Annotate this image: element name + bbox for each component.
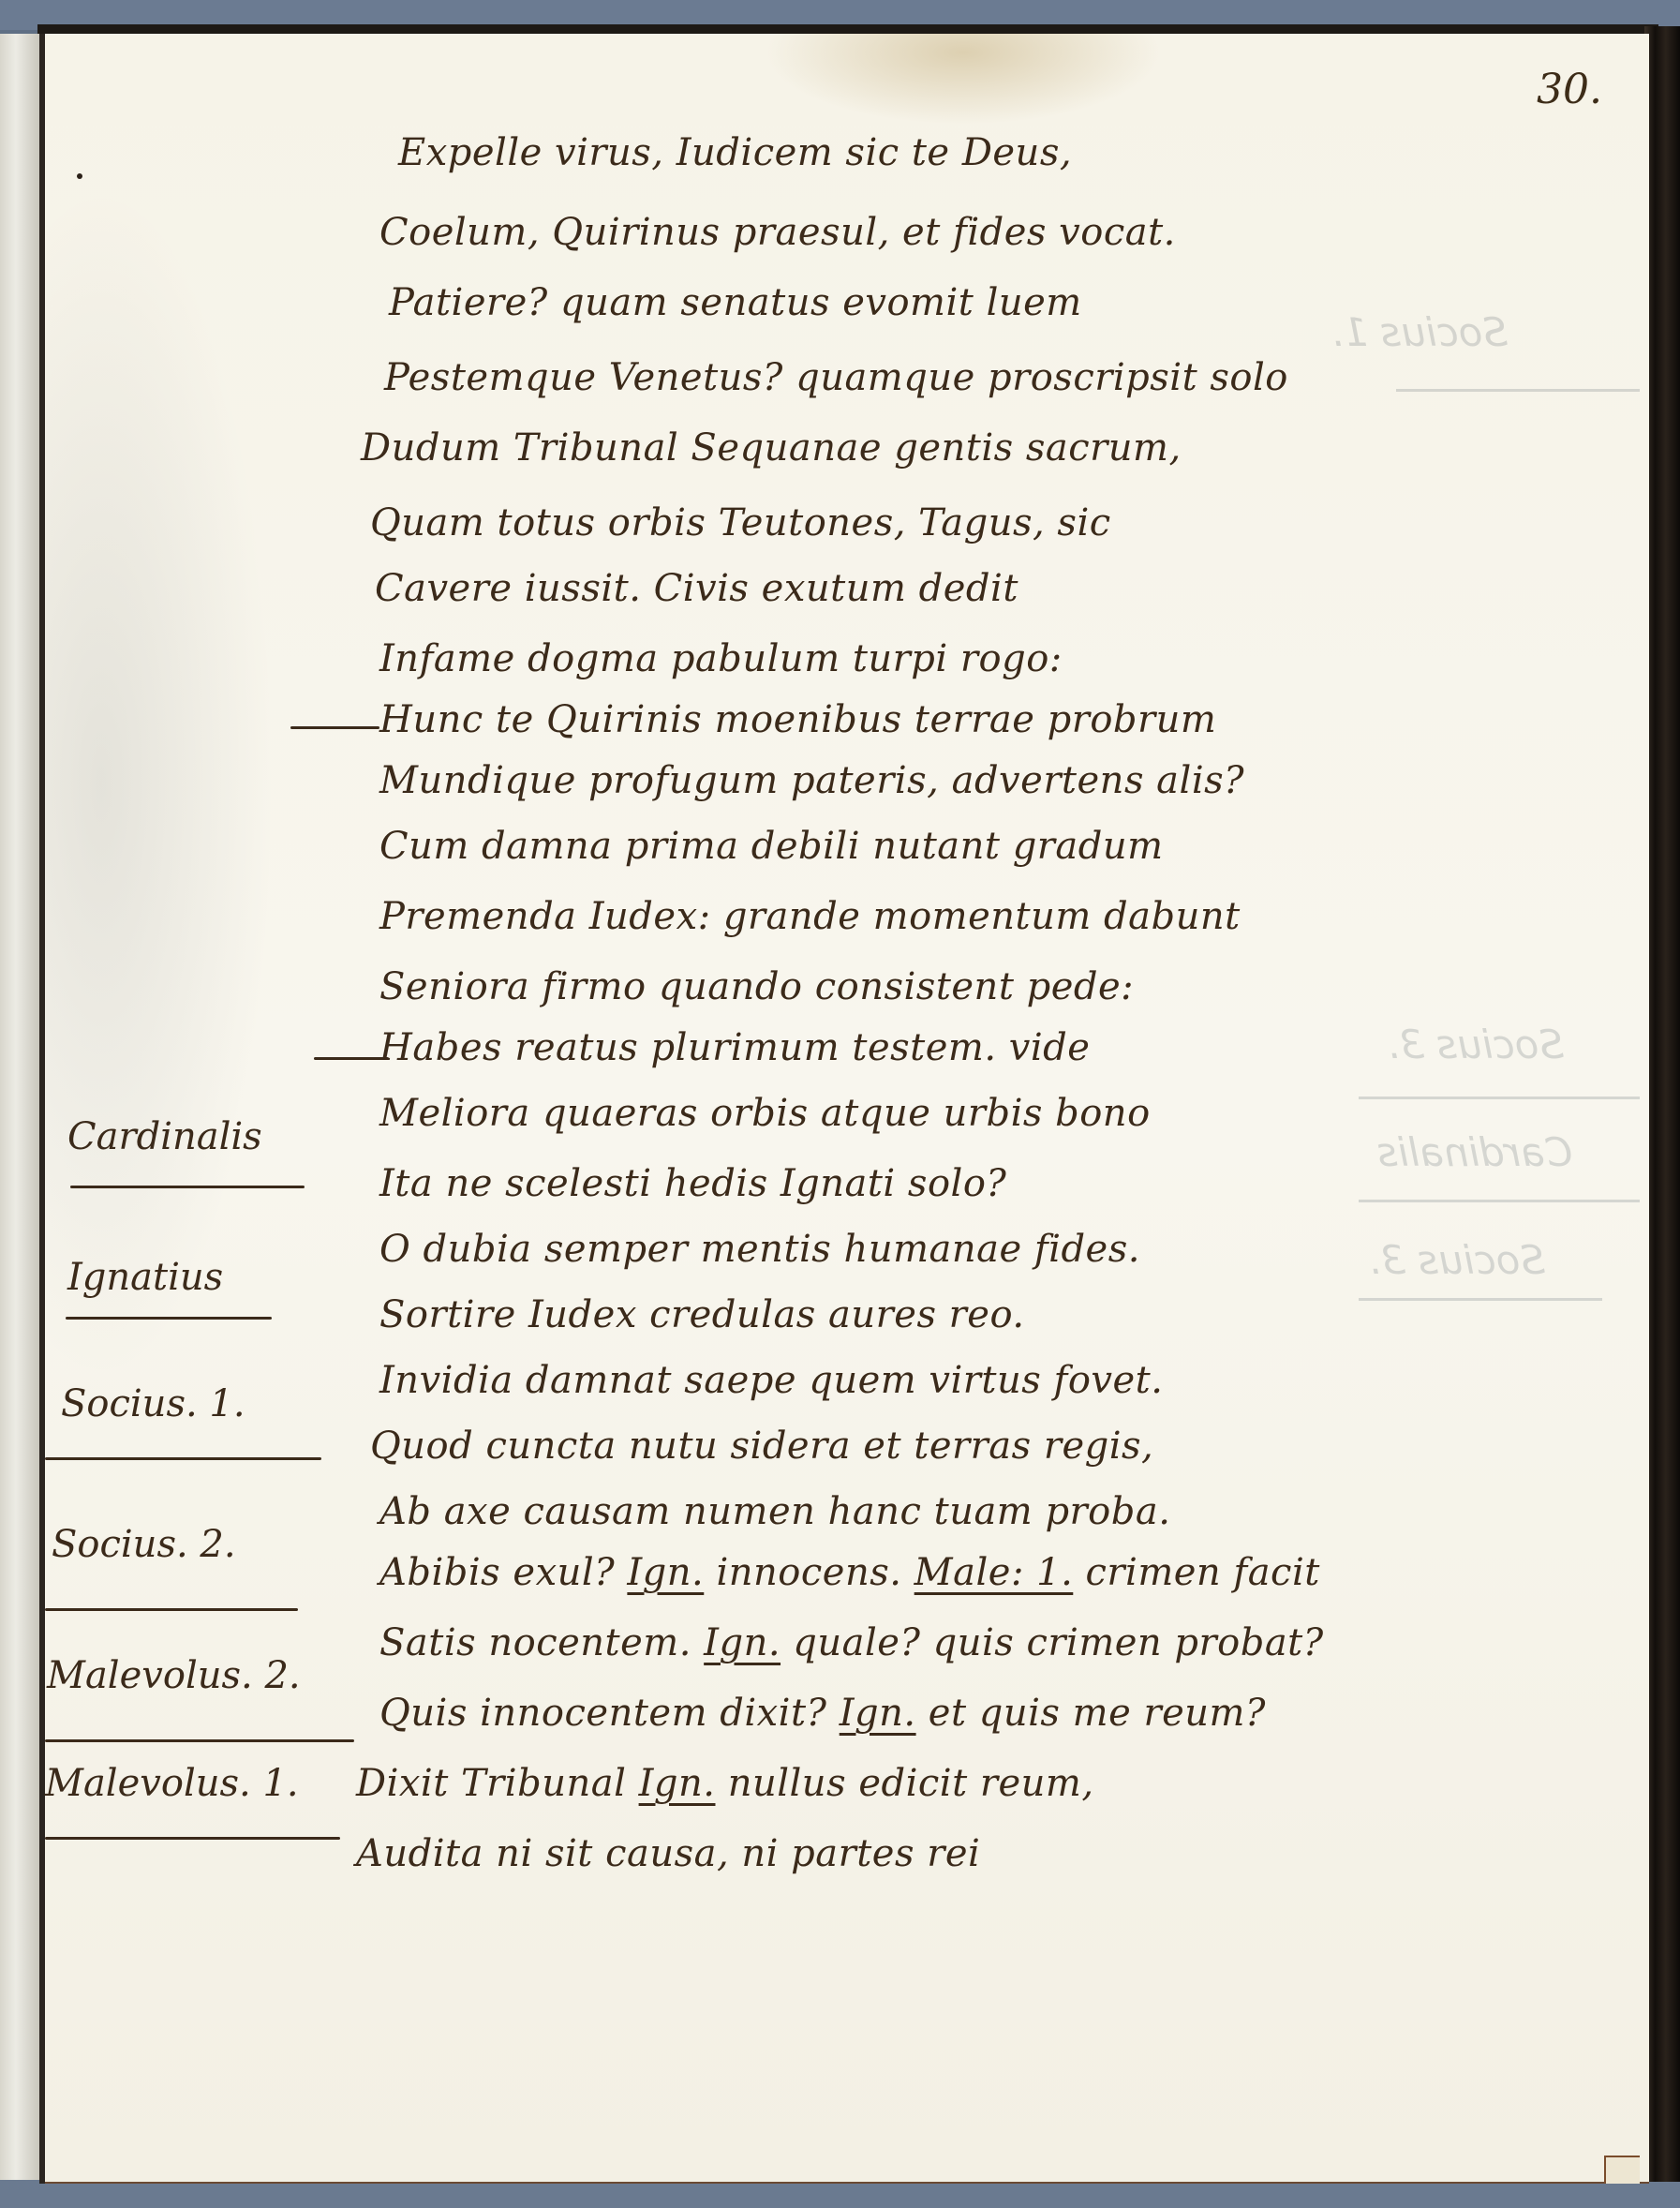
verse-text: Dixit Tribunal bbox=[356, 1762, 639, 1805]
verse-line: Invidia damnat saepe quem virtus fovet. bbox=[379, 1359, 1163, 1402]
speaker-change-mark bbox=[290, 726, 379, 729]
verse-line: Quod cuncta nutu sidera et terras regis, bbox=[370, 1425, 1153, 1468]
bleed-through-rule bbox=[1359, 1097, 1640, 1099]
bleed-through-text: Socius 3. bbox=[1368, 1237, 1545, 1283]
bleed-through-rule bbox=[1359, 1298, 1602, 1301]
verse-line-dialogue: Satis nocentem. Ign. quale? quis crimen … bbox=[379, 1621, 1324, 1664]
verse-line: Seniora firmo quando consistent pede: bbox=[379, 965, 1134, 1008]
verse-line: O dubia semper mentis humanae fides. bbox=[379, 1228, 1140, 1271]
speaker-label-socius-1: Socius. 1. bbox=[61, 1382, 245, 1425]
speaker-label-underline bbox=[66, 1317, 272, 1320]
verse-text: Abibis exul? bbox=[379, 1551, 627, 1594]
speaker-cue: Ign. bbox=[627, 1551, 704, 1594]
speaker-label-cardinalis: Cardinalis bbox=[67, 1115, 262, 1158]
previous-leaf-edge bbox=[0, 34, 39, 2180]
verse-line: Premenda Iudex: grande momentum dabunt bbox=[379, 895, 1241, 938]
speaker-label-underline bbox=[45, 1457, 321, 1460]
verse-text: innocens. bbox=[704, 1551, 914, 1594]
verse-line: Patiere? quam senatus evomit luem bbox=[389, 281, 1082, 324]
verse-line: Infame dogma pabulum turpi rogo: bbox=[379, 637, 1063, 680]
bleed-through-text: Socius 1. bbox=[1331, 309, 1508, 355]
speaker-cue: Ign. bbox=[840, 1692, 916, 1735]
verse-line: Ab axe causam numen hanc tuam proba. bbox=[379, 1490, 1170, 1533]
bleed-through-rule bbox=[1396, 389, 1640, 392]
speaker-label-underline bbox=[45, 1608, 298, 1611]
verse-text: crimen facit bbox=[1073, 1551, 1320, 1594]
verse-line-dialogue: Quis innocentem dixit? Ign. et quis me r… bbox=[379, 1692, 1266, 1735]
verse-text: quale? quis crimen probat? bbox=[781, 1621, 1324, 1664]
verse-text: et quis me reum? bbox=[916, 1692, 1266, 1735]
verse-line: Cavere iussit. Civis exutum dedit bbox=[375, 567, 1018, 610]
bleed-through-text: Socius 3. bbox=[1387, 1022, 1564, 1067]
ink-dot bbox=[77, 173, 82, 179]
verse-line: Dudum Tribunal Sequanae gentis sacrum, bbox=[361, 426, 1182, 470]
book-top-edge bbox=[37, 24, 1658, 34]
speaker-label-underline bbox=[45, 1739, 354, 1742]
verse-text: Quis innocentem dixit? bbox=[379, 1692, 840, 1735]
verse-line: Hunc te Quirinis moenibus terrae probrum bbox=[379, 698, 1216, 741]
verse-line: Mundique profugum pateris, advertens ali… bbox=[379, 759, 1244, 802]
verse-line: Pestemque Venetus? quamque proscripsit s… bbox=[384, 356, 1288, 399]
speaker-cue: Ign. bbox=[704, 1621, 781, 1664]
verse-text: Satis nocentem. bbox=[379, 1621, 704, 1664]
bleed-through-rule bbox=[1359, 1200, 1640, 1202]
verse-line-dialogue: Dixit Tribunal Ign. nullus edicit reum, bbox=[356, 1762, 1094, 1805]
verse-line-dialogue: Abibis exul? Ign. innocens. Male: 1. cri… bbox=[379, 1551, 1320, 1594]
verse-text: nullus edicit reum, bbox=[715, 1762, 1093, 1805]
verse-line: Expelle virus, Iudicem sic te Deus, bbox=[398, 131, 1072, 174]
verse-line: Meliora quaeras orbis atque urbis bono bbox=[379, 1092, 1151, 1135]
verse-line: Coelum, Quirinus praesul, et fides vocat… bbox=[379, 211, 1176, 254]
verse-line: Cum damna prima debili nutant gradum bbox=[379, 825, 1164, 868]
speaker-label-underline bbox=[70, 1186, 305, 1188]
bleed-through-text: Cardinalis bbox=[1377, 1129, 1572, 1175]
speaker-label-underline bbox=[45, 1837, 340, 1840]
verse-line: Ita ne scelesti hedis Ignati solo? bbox=[379, 1162, 1006, 1205]
folio-number: 30. bbox=[1537, 66, 1602, 113]
speaker-cue: Ign. bbox=[639, 1762, 716, 1805]
speaker-cue: Male: 1. bbox=[914, 1551, 1074, 1594]
verse-line: Quam totus orbis Teutones, Tagus, sic bbox=[370, 501, 1111, 545]
verse-line: Sortire Iudex credulas aures reo. bbox=[379, 1293, 1025, 1336]
folded-corner bbox=[1604, 2156, 1640, 2184]
speaker-label-ignatius: Ignatius bbox=[67, 1256, 223, 1299]
book-binding-edge bbox=[1644, 26, 1680, 2182]
speaker-label-malevolus-2: Malevolus. 2. bbox=[47, 1654, 301, 1697]
verse-line: Audita ni sit causa, ni partes rei bbox=[356, 1832, 980, 1875]
verse-line: Habes reatus plurimum testem. vide bbox=[379, 1026, 1090, 1069]
speaker-label-malevolus-1: Malevolus. 1. bbox=[45, 1762, 299, 1805]
speaker-change-mark bbox=[314, 1057, 389, 1060]
speaker-label-socius-2: Socius. 2. bbox=[52, 1523, 236, 1566]
